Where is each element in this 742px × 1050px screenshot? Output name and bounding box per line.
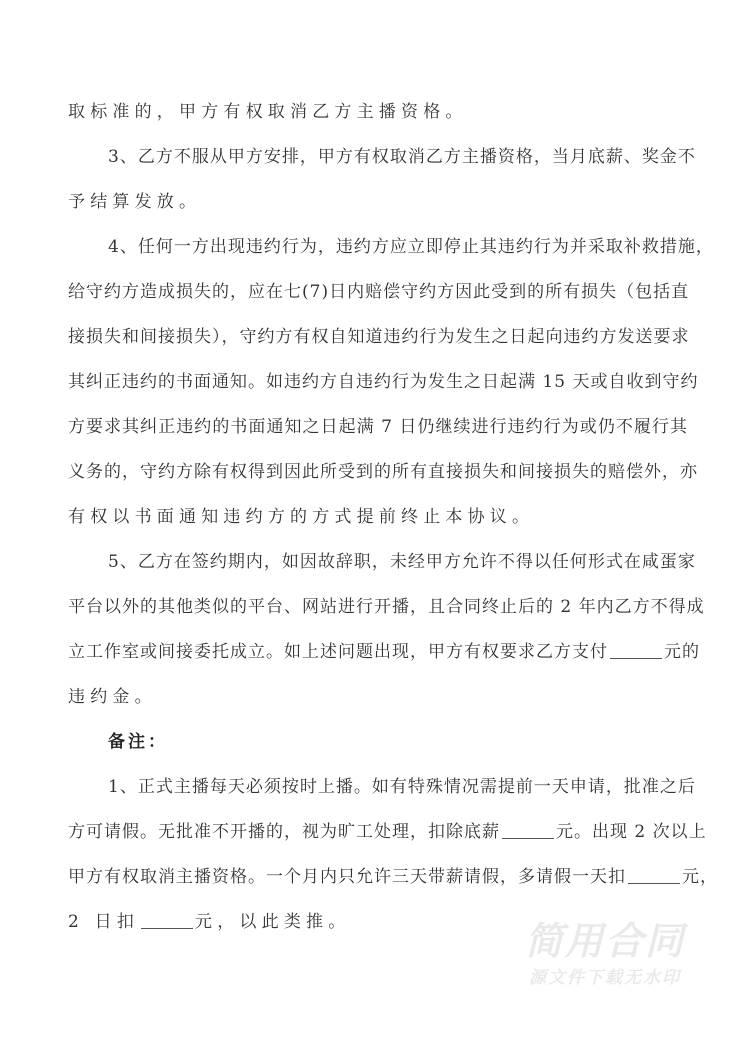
- text-line: 方要求其纠正违约的书面通知之日起满 7 日仍继续进行违约行为或仍不履行其: [68, 405, 688, 450]
- clause-3-line: 3、乙方不服从甲方安排，甲方有权取消乙方主播资格，当月底薪、奖金不: [68, 135, 688, 180]
- text-line: 给守约方造成损失的，应在七(7)日内赔偿守约方因此受到的所有损失（包括直: [68, 270, 688, 315]
- text-line: 义务的，守约方除有权得到因此所受到的所有直接损失和间接损失的赔偿外，亦: [68, 450, 688, 495]
- clause-5-line: 5、乙方在签约期内，如因故辞职，未经甲方允许不得以任何形式在咸蛋家: [68, 540, 688, 585]
- text-line: 平台以外的其他类似的平台、网站进行开播，且合同终止后的 2 年内乙方不得成: [68, 585, 688, 630]
- text-line: 有权以书面通知违约方的方式提前终止本协议。: [68, 495, 688, 540]
- fill-in-blank-two-day-deduction[interactable]: [141, 927, 193, 929]
- text-line: 方可请假。无批准不开播的，视为旷工处理，扣除底薪元。出现 2 次以上: [68, 810, 688, 855]
- remarks-heading: 备注：: [68, 720, 688, 765]
- text-line: 立工作室或间接委托成立。如上述问题出现，甲方有权要求乙方支付元的: [68, 630, 688, 675]
- text-segment: 方可请假。无批准不开播的，视为旷工处理，扣除底薪: [68, 822, 500, 842]
- document-page: 取标准的，甲方有权取消乙方主播资格。 3、乙方不服从甲方安排，甲方有权取消乙方主…: [0, 0, 742, 1050]
- text-segment: 元，: [682, 867, 718, 887]
- text-line: 甲方有权取消主播资格。一个月内只允许三天带薪请假，多请假一天扣元，: [68, 855, 688, 900]
- text-segment: 甲方有权取消主播资格。一个月内只允许三天带薪请假，多请假一天扣: [68, 867, 626, 887]
- watermark-tagline: 源文件下载无水印: [510, 964, 700, 992]
- text-segment: 元的: [664, 642, 700, 662]
- clause-4-line: 4、任何一方出现违约行为，违约方应立即停止其违约行为并采取补救措施，: [68, 225, 688, 270]
- watermark: 简用合同 源文件下载无水印: [510, 918, 700, 992]
- text-line: 接损失和间接损失），守约方有权自知道违约行为发生之日起向违约方发送要求: [68, 315, 688, 360]
- remark-1-line: 1、正式主播每天必须按时上播。如有特殊情况需提前一天申请，批准之后: [68, 765, 688, 810]
- text-segment: 2 日扣: [68, 912, 139, 932]
- fill-in-blank-base-salary-deduction[interactable]: [502, 837, 554, 839]
- text-line: 其纠正违约的书面通知。如违约方自违约行为发生之日起满 15 天或自收到守约: [68, 360, 688, 405]
- text-segment: 元。出现 2 次以上: [556, 822, 707, 842]
- watermark-brand: 简用合同: [510, 918, 700, 964]
- text-segment: 立工作室或间接委托成立。如上述问题出现，甲方有权要求乙方支付: [68, 642, 608, 662]
- text-segment: 元，以此类推。: [195, 912, 350, 932]
- text-line: 予结算发放。: [68, 180, 688, 225]
- fill-in-blank-daily-leave-deduction[interactable]: [628, 882, 680, 884]
- text-line: 违约金。: [68, 675, 688, 720]
- fill-in-blank-penalty-amount[interactable]: [610, 657, 662, 659]
- text-line: 取标准的，甲方有权取消乙方主播资格。: [68, 90, 688, 135]
